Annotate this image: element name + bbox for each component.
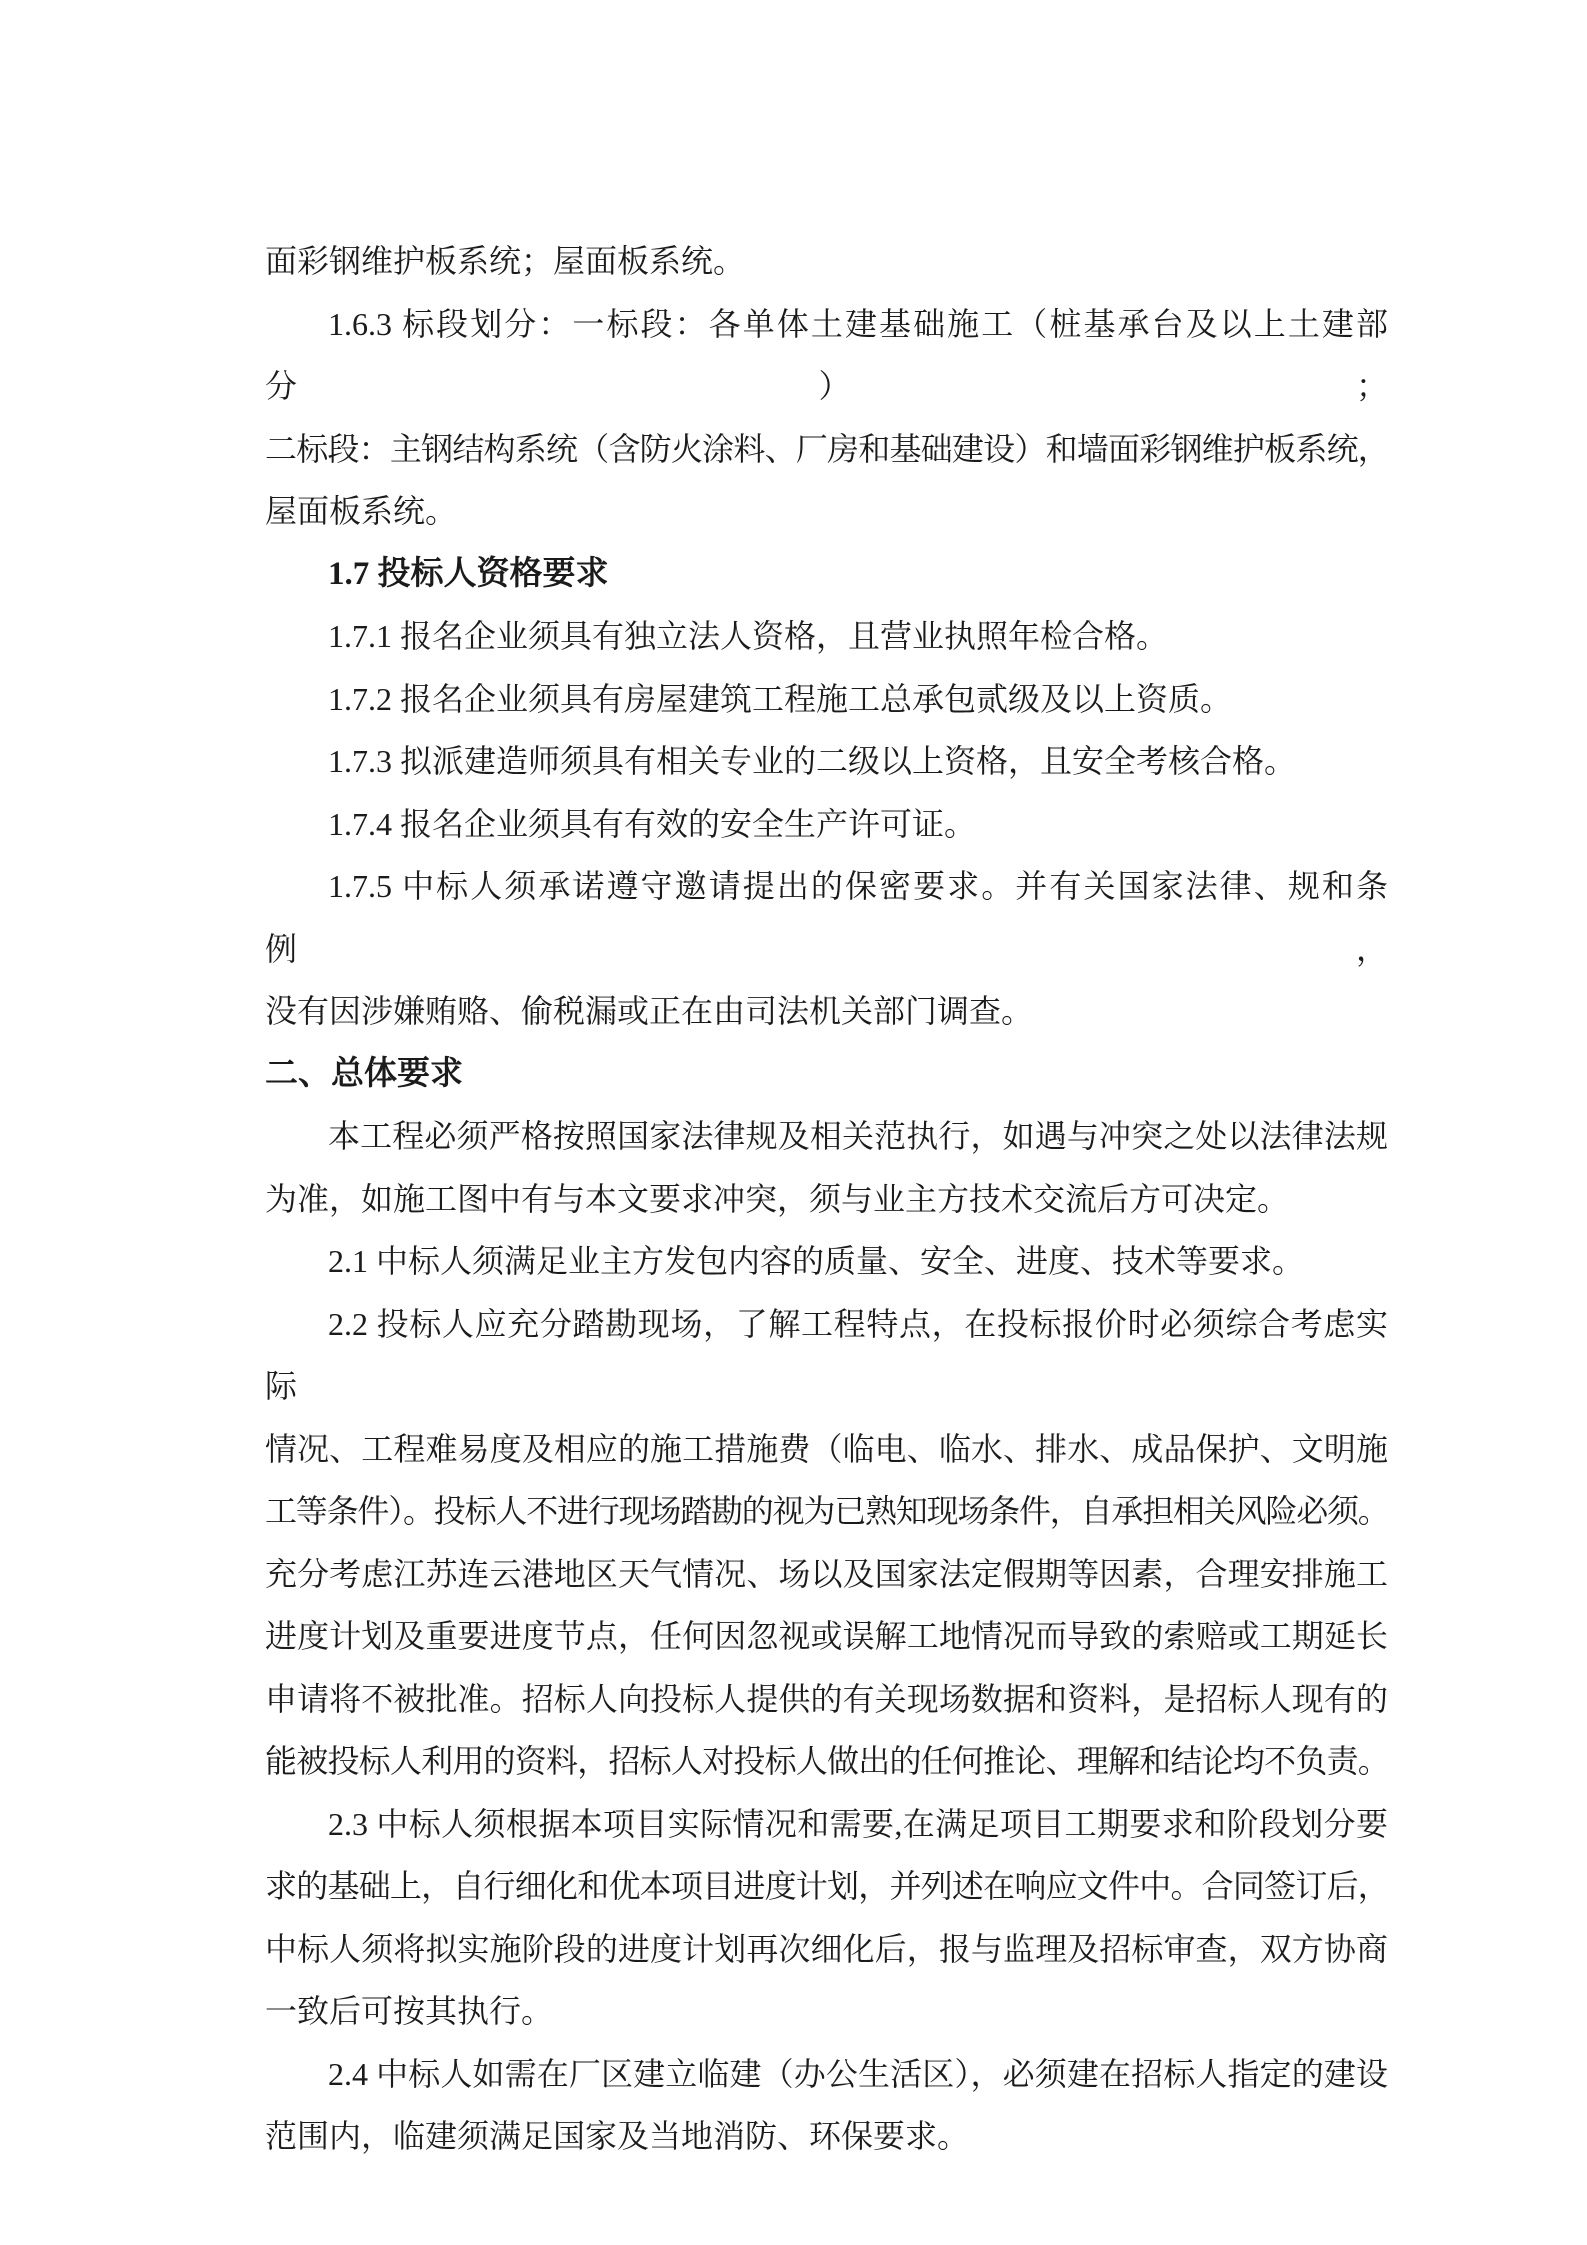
heading-text: 二、总体要求 [265, 1043, 1388, 1106]
clause-1-7-1: 1.7.1 报名企业须具有独立法人资格，且营业执照年检合格。 [265, 605, 1388, 668]
heading-text: 1.7 投标人资格要求 [265, 543, 1388, 606]
text-line: 范围内，临建须满足国家及当地消防、环保要求。 [265, 2105, 1388, 2168]
text-line: 求的基础上，自行细化和优本项目进度计划，并列述在响应文件中。合同签订后， [265, 1855, 1388, 1918]
section-heading-2: 二、总体要求 [265, 1043, 1388, 1106]
clause-1-7-4: 1.7.4 报名企业须具有有效的安全生产许可证。 [265, 793, 1388, 856]
text-line: 一致后可按其执行。 [265, 1980, 1388, 2043]
text-line: 中标人须将拟实施阶段的进度计划再次细化后，报与监理及招标审查，双方协商 [265, 1918, 1388, 1981]
text-line: 1.7.3 拟派建造师须具有相关专业的二级以上资格，且安全考核合格。 [265, 730, 1388, 793]
text-line: 工等条件）。投标人不进行现场踏勘的视为已熟知现场条件，自承担相关风险必须。 [265, 1480, 1388, 1543]
document-body: 面彩钢维护板系统；屋面板系统。 1.6.3 标段划分：一标段：各单体土建基础施工… [265, 230, 1388, 2168]
text-line: 能被投标人利用的资料，招标人对投标人做出的任何推论、理解和结论均不负责。 [265, 1730, 1388, 1793]
text-line: 情况、工程难易度及相应的施工措施费（临电、临水、排水、成品保护、文明施 [265, 1418, 1388, 1481]
text-line: 本工程必须严格按照国家法律规及相关范执行，如遇与冲突之处以法律法规 [265, 1105, 1388, 1168]
document-page: 面彩钢维护板系统；屋面板系统。 1.6.3 标段划分：一标段：各单体土建基础施工… [0, 0, 1587, 2245]
section-heading-1-7: 1.7 投标人资格要求 [265, 543, 1388, 606]
text-line: 1.7.4 报名企业须具有有效的安全生产许可证。 [265, 793, 1388, 856]
text-line: 2.1 中标人须满足业主方发包内容的质量、安全、进度、技术等要求。 [265, 1230, 1388, 1293]
text-line: 1.7.2 报名企业须具有房屋建筑工程施工总承包贰级及以上资质。 [265, 668, 1388, 731]
clause-2-1: 2.1 中标人须满足业主方发包内容的质量、安全、进度、技术等要求。 [265, 1230, 1388, 1293]
text-line: 2.3 中标人须根据本项目实际情况和需要,在满足项目工期要求和阶段划分要 [265, 1793, 1388, 1856]
text-line: 没有因涉嫌贿赂、偷税漏或正在由司法机关部门调查。 [265, 980, 1388, 1043]
text-line: 充分考虑江苏连云港地区天气情况、场以及国家法定假期等因素，合理安排施工 [265, 1543, 1388, 1606]
text-line: 2.2 投标人应充分踏勘现场，了解工程特点，在投标报价时必须综合考虑实际 [265, 1293, 1388, 1418]
text-line: 1.7.5 中标人须承诺遵守邀请提出的保密要求。并有关国家法律、规和条例， [265, 855, 1388, 980]
text-line: 进度计划及重要进度节点，任何因忽视或误解工地情况而导致的索赔或工期延长 [265, 1605, 1388, 1668]
paragraph-section-2-intro: 本工程必须严格按照国家法律规及相关范执行，如遇与冲突之处以法律法规 为准，如施工… [265, 1105, 1388, 1230]
clause-1-6-3: 1.6.3 标段划分：一标段：各单体土建基础施工（桩基承台及以上土建部分）； 二… [265, 293, 1388, 543]
text-line: 1.7.1 报名企业须具有独立法人资格，且营业执照年检合格。 [265, 605, 1388, 668]
clause-2-2: 2.2 投标人应充分踏勘现场，了解工程特点，在投标报价时必须综合考虑实际 情况、… [265, 1293, 1388, 1793]
text-line: 2.4 中标人如需在厂区建立临建（办公生活区），必须建在招标人指定的建设 [265, 2043, 1388, 2106]
clause-2-3: 2.3 中标人须根据本项目实际情况和需要,在满足项目工期要求和阶段划分要 求的基… [265, 1793, 1388, 2043]
text-line: 申请将不被批准。招标人向投标人提供的有关现场数据和资料，是招标人现有的 [265, 1668, 1388, 1731]
paragraph-continuation: 面彩钢维护板系统；屋面板系统。 [265, 230, 1388, 293]
text-line: 为准，如施工图中有与本文要求冲突，须与业主方技术交流后方可决定。 [265, 1168, 1388, 1231]
clause-1-7-3: 1.7.3 拟派建造师须具有相关专业的二级以上资格，且安全考核合格。 [265, 730, 1388, 793]
text-line: 二标段：主钢结构系统（含防火涂料、厂房和基础建设）和墙面彩钢维护板系统， [265, 418, 1388, 481]
clause-1-7-5: 1.7.5 中标人须承诺遵守邀请提出的保密要求。并有关国家法律、规和条例， 没有… [265, 855, 1388, 1043]
clause-2-4: 2.4 中标人如需在厂区建立临建（办公生活区），必须建在招标人指定的建设 范围内… [265, 2043, 1388, 2168]
text-line: 屋面板系统。 [265, 480, 1388, 543]
text-line: 1.6.3 标段划分：一标段：各单体土建基础施工（桩基承台及以上土建部分）； [265, 293, 1388, 418]
text-line: 面彩钢维护板系统；屋面板系统。 [265, 230, 1388, 293]
clause-1-7-2: 1.7.2 报名企业须具有房屋建筑工程施工总承包贰级及以上资质。 [265, 668, 1388, 731]
